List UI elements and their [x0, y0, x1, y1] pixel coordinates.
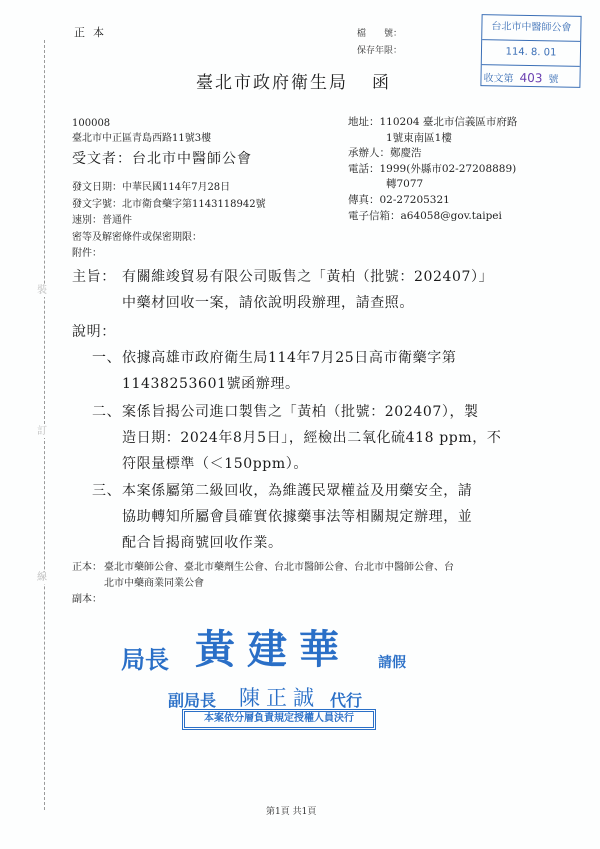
binding-char-2: 訂	[37, 426, 47, 438]
copy-recipients-label: 副本：	[72, 592, 102, 607]
director-title: 局長	[121, 640, 169, 675]
item-1-line1: 依據高雄市政府衛生局114年7月25日高市衛藥字第	[122, 346, 456, 370]
item-1-number: 一、	[92, 346, 121, 370]
contact-label: 承辦人：	[348, 147, 390, 159]
fax-label: 傳真：	[348, 194, 380, 206]
stamp-prefix: 收文第	[483, 73, 513, 85]
sender-address-line1: 110204 臺北市信義區市府路	[380, 116, 518, 128]
item-1-line2: 11438253601號函辦理。	[122, 372, 300, 396]
deputy-name-seal: 陳正誠	[239, 682, 320, 712]
item-3-line1: 本案係屬第二級回收，為維護民眾權益及用藥安全，請	[122, 479, 472, 503]
receipt-stamp: 台北市中醫師公會 114. 8. 01 收文第403號	[480, 14, 581, 88]
item-2-line1: 案係旨揭公司進口製售之「黃柏（批號：202407），製	[122, 400, 479, 424]
document-title: 臺北市政府衛生局函	[196, 68, 391, 93]
field-value: 普通件	[102, 215, 132, 226]
email-link[interactable]: a64058@gov.taipei	[401, 210, 502, 222]
field-label: 發文字號：	[72, 199, 122, 210]
stamp-org: 台北市中醫師公會	[482, 15, 580, 42]
file-number-label: 檔 號：	[357, 26, 402, 39]
field-confidentiality: 密等及解密條件或保密期限：	[72, 230, 266, 247]
item-3-number: 三、	[92, 479, 121, 503]
item-2-line3: 符限量標準（＜150ppm）。	[122, 452, 308, 476]
field-label: 發文日期：	[72, 182, 122, 193]
title-doc-type: 函	[372, 73, 391, 93]
issue-fields: 發文日期：中華民國114年7月28日 發文字號：北市衛食藥字第114311894…	[72, 180, 266, 263]
original-recipients-line2: 北市中藥商業同業公會	[104, 576, 204, 591]
original-recipients-label: 正本：	[72, 560, 102, 575]
recipient-name: 台北市中醫師公會	[132, 151, 252, 167]
item-3-line3: 配合旨揭商號回收作業。	[122, 531, 283, 555]
stamp-number-row: 收文第403號	[481, 65, 579, 91]
field-label: 速別：	[72, 215, 102, 226]
contact-name: 鄭慶浩	[390, 147, 422, 159]
phone-extension: 轉7077	[348, 177, 517, 193]
field-urgency: 速別：普通件	[72, 213, 266, 230]
field-label: 密等及解密條件或保密期限：	[72, 232, 202, 243]
sender-address-label: 地址：	[348, 116, 380, 128]
explanation-label: 說明：	[72, 320, 116, 344]
postal-code: 100008	[72, 116, 110, 131]
item-3-line2: 協助轉知所屬會員確實依據藥事法等相關規定辦理，並	[122, 505, 472, 529]
item-2-line2: 造日期：2024年8月5日」，經檢出二氧化硫418 ppm，不	[122, 426, 501, 450]
email-label: 電子信箱：	[348, 210, 401, 222]
page-number: 第1頁 共1頁	[266, 804, 316, 817]
binding-dashed-line	[44, 40, 45, 810]
sender-phone: 電話：1999(外縣市02-27208889)	[348, 162, 517, 178]
stamp-number: 403	[519, 71, 542, 85]
director-leave-note: 請假	[378, 652, 406, 672]
acting-note: 代行	[330, 688, 362, 711]
original-recipients-line1: 臺北市藥師公會、臺北市藥劑生公會、台北市醫師公會、台北市中醫師公會、台	[104, 560, 454, 575]
fax-number: 02-27205321	[380, 194, 450, 206]
sender-fax: 傳真：02-27205321	[348, 193, 517, 209]
phone-label: 電話：	[348, 163, 380, 175]
recipient-label: 受文者：	[72, 151, 132, 167]
sender-email: 電子信箱：a64058@gov.taipei	[348, 209, 517, 225]
recipient-line: 受文者：台北市中醫師公會	[72, 148, 252, 168]
stamp-date: 114. 8. 01	[482, 40, 580, 67]
director-name-seal: 黃建華	[195, 618, 351, 675]
authorization-stamp: 本案依分層負責規定授權人員決行	[184, 711, 374, 728]
stamp-suffix: 號	[548, 74, 558, 85]
subject-line2: 中藥材回收一案，請依說明段辦理，請查照。	[122, 291, 414, 315]
copy-type-label: 正本	[74, 24, 112, 40]
subject-line1: 有關維竣貿易有限公司販售之「黃柏（批號：202407）」	[122, 265, 493, 289]
field-label: 附件：	[72, 248, 102, 259]
field-document-number: 發文字號：北市衛食藥字第1143118942號	[72, 197, 266, 214]
item-2-number: 二、	[92, 400, 121, 424]
sender-address: 地址：110204 臺北市信義區市府路	[348, 115, 517, 131]
subject-label: 主旨：	[72, 265, 116, 289]
field-value: 北市衛食藥字第1143118942號	[122, 199, 266, 210]
sender-info: 地址：110204 臺北市信義區市府路 1號東南區1樓 承辦人：鄭慶浩 電話：1…	[348, 115, 517, 224]
field-attachments: 附件：	[72, 246, 266, 263]
phone-line1: 1999(外縣市02-27208889)	[380, 163, 517, 175]
sender-contact: 承辦人：鄭慶浩	[348, 146, 517, 162]
recipient-address: 臺北市中正區青島西路11號3樓	[72, 131, 211, 146]
sender-address-line2: 1號東南區1樓	[348, 131, 517, 147]
binding-char-1: 裝	[37, 285, 47, 297]
deputy-title: 副局長	[168, 688, 216, 711]
title-organization: 臺北市政府衛生局	[196, 73, 348, 93]
field-value: 中華民國114年7月28日	[122, 182, 230, 193]
field-issue-date: 發文日期：中華民國114年7月28日	[72, 180, 266, 197]
retention-period-label: 保存年限：	[357, 43, 402, 56]
binding-char-3: 線	[37, 572, 47, 584]
